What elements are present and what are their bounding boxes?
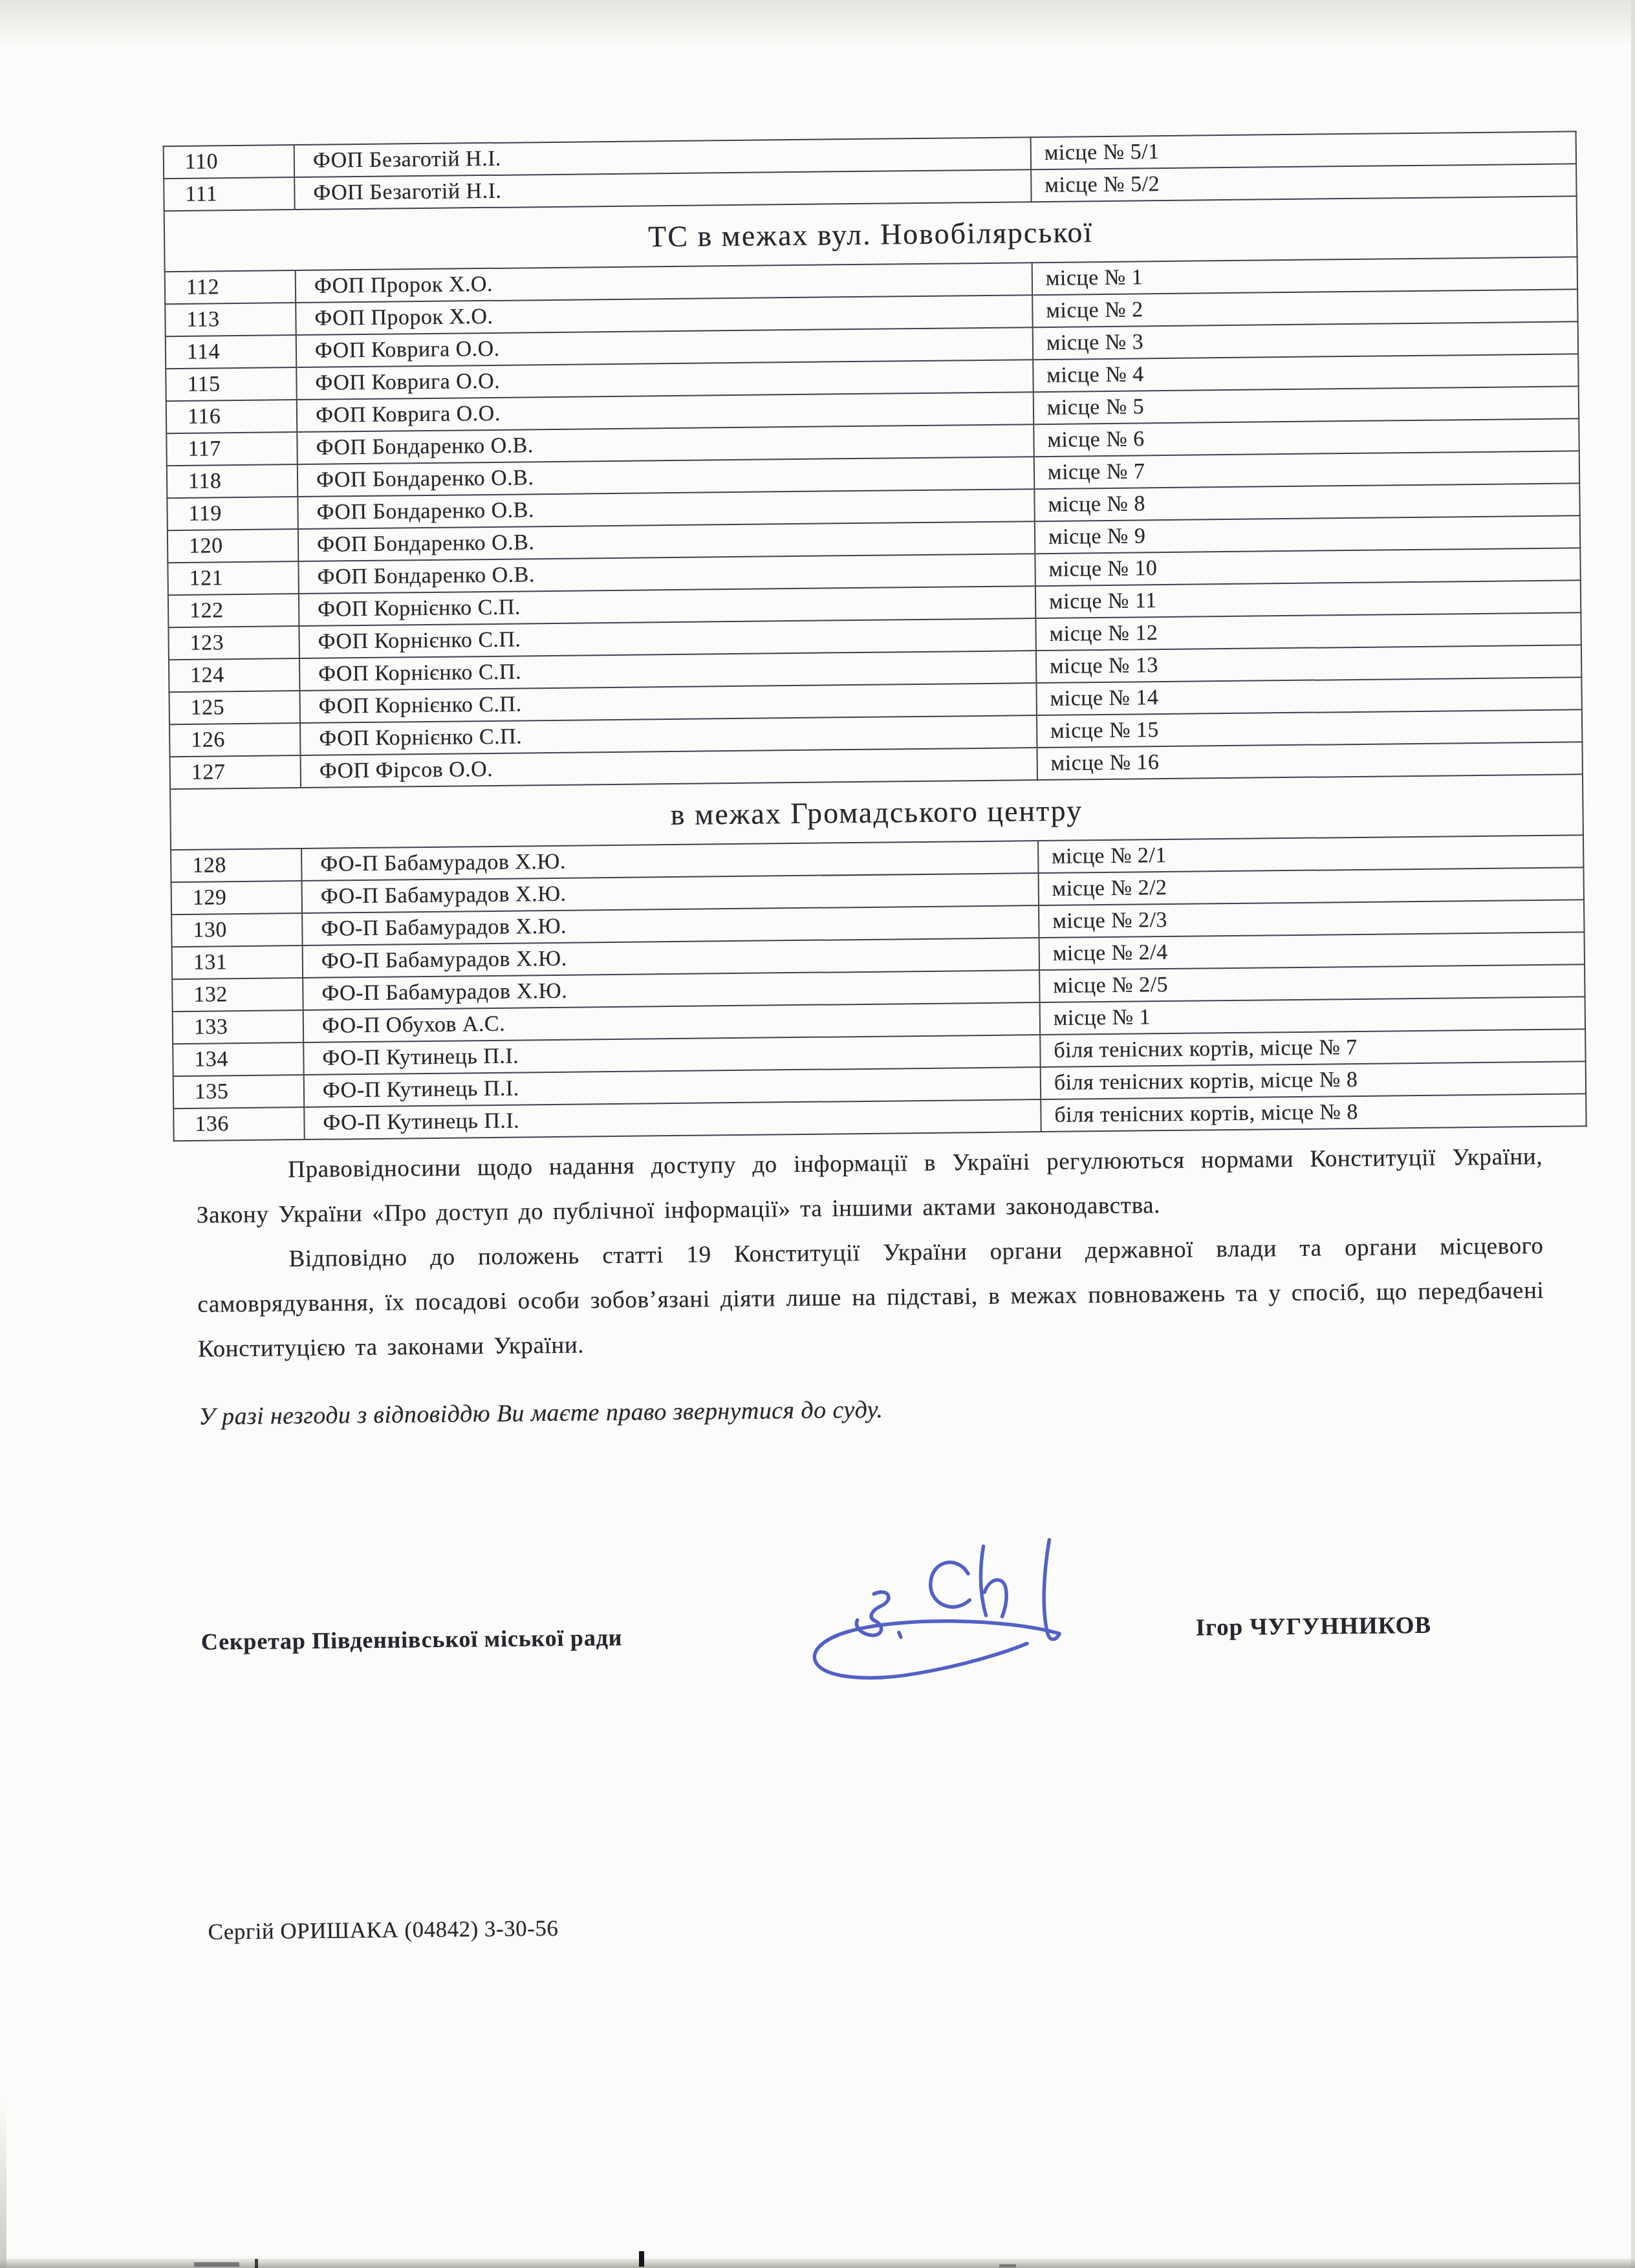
- cell-place: місце № 16: [1037, 742, 1582, 780]
- cell-place: місце № 5: [1034, 386, 1579, 424]
- cell-num: 127: [170, 755, 301, 789]
- cell-place: місце № 12: [1035, 612, 1581, 651]
- cell-num: 123: [168, 626, 299, 660]
- cell-num: 128: [171, 848, 302, 882]
- cell-place: місце № 3: [1033, 321, 1578, 360]
- cell-place: біля тенісних кортів, місце № 8: [1041, 1094, 1586, 1132]
- cell-num: 120: [168, 529, 299, 563]
- cell-num: 117: [166, 432, 298, 466]
- cell-place: місце № 1: [1040, 997, 1585, 1035]
- cell-place: місце № 7: [1034, 451, 1579, 489]
- places-table-body: 110ФОП Безаготій Н.І.місце № 5/1111ФОП Б…: [164, 131, 1586, 1141]
- cell-place: місце № 5/2: [1031, 164, 1576, 202]
- cell-num: 136: [173, 1107, 305, 1141]
- cell-num: 111: [164, 177, 295, 211]
- legal-text-block: Правовідносини щодо надання доступу до і…: [196, 1134, 1546, 1440]
- paragraph-legal-1: Правовідносини щодо надання доступу до і…: [196, 1134, 1543, 1238]
- cell-place: місце № 2/4: [1039, 932, 1585, 970]
- cell-num: 134: [173, 1042, 304, 1076]
- cell-place: місце № 5/1: [1031, 131, 1576, 169]
- paragraph-legal-2: Відповідно до положень статті 19 Констит…: [197, 1224, 1544, 1372]
- cell-place: місце № 9: [1035, 515, 1580, 554]
- cell-place: біля тенісних кортів, місце № 7: [1040, 1029, 1585, 1067]
- places-table: 110ФОП Безаготій Н.І.місце № 5/1111ФОП Б…: [163, 131, 1587, 1141]
- cell-num: 131: [172, 945, 303, 979]
- cell-num: 135: [173, 1075, 305, 1108]
- scan-speck: [639, 2251, 644, 2267]
- scan-artifact-bottom-edge: [0, 2258, 1635, 2268]
- scan-artifact-left-smudge: [0, 2100, 6, 2268]
- signature-h: [980, 1546, 1006, 1617]
- cell-num: 119: [167, 497, 298, 530]
- signature-ink: [810, 1536, 1116, 1727]
- paragraph-court-note: У разі незгоди з відповіддю Ви маєте пра…: [199, 1381, 1546, 1440]
- signature-title: Секретар Південнівської міської ради: [201, 1624, 623, 1656]
- cell-num: 116: [166, 400, 298, 433]
- page-content: 110ФОП Безаготій Н.І.місце № 5/1111ФОП Б…: [0, 0, 1635, 2268]
- cell-place: місце № 2/2: [1039, 867, 1584, 905]
- signature-tall-stroke: [1043, 1540, 1059, 1639]
- scan-artifact-top-edge: [0, 0, 1635, 45]
- cell-num: 130: [171, 913, 303, 947]
- cell-num: 118: [167, 464, 298, 498]
- cell-place: місце № 1: [1032, 257, 1577, 295]
- cell-num: 122: [168, 594, 299, 627]
- scanned-document-page: 110ФОП Безаготій Н.І.місце № 5/1111ФОП Б…: [0, 0, 1635, 2268]
- signature-name: Ігор ЧУГУННИКОВ: [1196, 1612, 1432, 1642]
- signature-c: [930, 1562, 969, 1608]
- cell-num: 124: [169, 658, 300, 692]
- cell-place: місце № 2/5: [1039, 964, 1585, 1002]
- scan-speck: [255, 2259, 258, 2268]
- cell-place: місце № 11: [1035, 580, 1581, 618]
- scan-artifact-right-edge: [1631, 0, 1635, 2268]
- cell-place: місце № 6: [1034, 418, 1579, 457]
- cell-place: місце № 2: [1032, 289, 1577, 327]
- cell-place: місце № 13: [1036, 645, 1581, 683]
- cell-place: місце № 2/1: [1038, 835, 1583, 873]
- cell-place: місце № 14: [1036, 677, 1581, 715]
- cell-num: 129: [171, 881, 303, 914]
- cell-num: 115: [166, 367, 297, 401]
- scan-speck: [999, 2264, 1016, 2267]
- cell-num: 125: [169, 691, 300, 724]
- cell-place: місце № 2/3: [1039, 900, 1584, 938]
- cell-place: місце № 10: [1035, 548, 1580, 586]
- cell-num: 113: [165, 303, 296, 336]
- cell-num: 126: [169, 723, 301, 757]
- scan-speck: [194, 2262, 239, 2267]
- cell-place: місце № 4: [1033, 354, 1578, 392]
- cell-num: 132: [172, 978, 303, 1011]
- signature-dot: [899, 1632, 901, 1637]
- cell-place: біля тенісних кортів, місце № 8: [1041, 1061, 1586, 1099]
- cell-num: 112: [165, 270, 296, 304]
- cell-num: 110: [164, 145, 295, 178]
- cell-num: 114: [166, 335, 297, 369]
- cell-num: 133: [173, 1010, 304, 1044]
- cell-place: місце № 15: [1037, 709, 1582, 748]
- cell-num: 121: [168, 561, 299, 595]
- cell-name: ФО-П Кутинець П.І.: [304, 1099, 1041, 1139]
- signature-flourish: [814, 1620, 1060, 1678]
- footer-contact: Сергій ОРИШАКА (04842) 3-30-56: [208, 1916, 558, 1945]
- cell-place: місце № 8: [1034, 483, 1579, 521]
